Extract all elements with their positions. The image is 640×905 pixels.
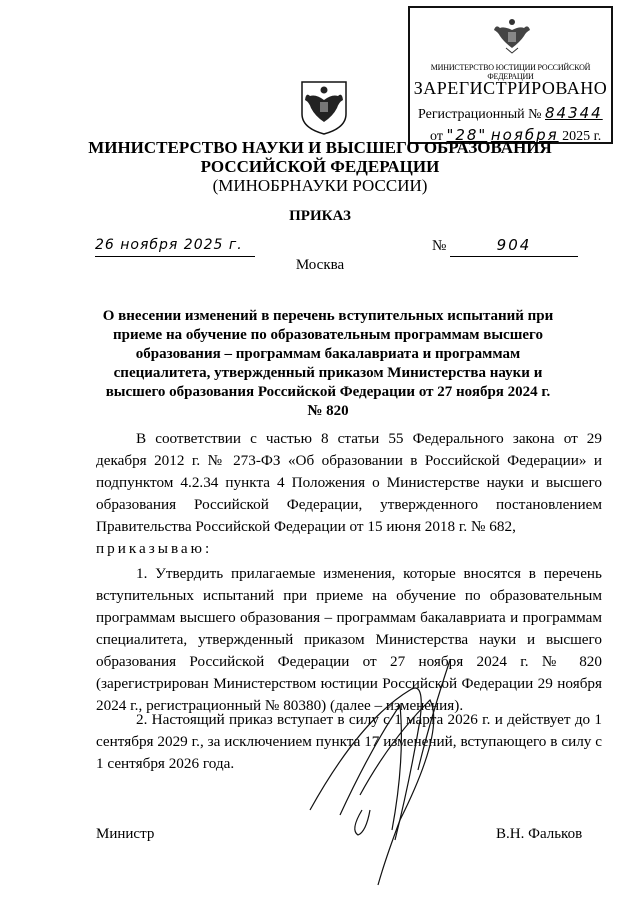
preamble-text: В соответствии с частью 8 статьи 55 Феде… [96, 428, 602, 538]
registration-stamp: МИНИСТЕРСТВО ЮСТИЦИИ РОССИЙСКОЙ ФЕДЕРАЦИ… [408, 6, 613, 144]
signatory-name: В.Н. Фальков [496, 826, 582, 843]
order-title: ПРИКАЗ [0, 208, 640, 225]
preamble-paragraph: В соответствии с частью 8 статьи 55 Феде… [96, 428, 602, 560]
handwritten-signature-icon [300, 660, 500, 890]
double-headed-eagle-icon [492, 16, 532, 54]
signatory-title: Министр [96, 826, 154, 843]
order-number-label: № [432, 238, 446, 255]
order-date-field: 26 ноября 2025 г. [95, 236, 255, 257]
order-word: приказываю: [96, 538, 602, 560]
stamp-reg-number: 84344 [545, 104, 603, 122]
order-number-field: 904 [450, 236, 578, 257]
order-date: 26 ноября 2025 г. [95, 237, 243, 253]
stamp-status: ЗАРЕГИСТРИРОВАНО [410, 78, 611, 99]
stamp-reg-label: Регистрационный № [418, 107, 542, 122]
ministry-name: МИНИСТЕРСТВО НАУКИ И ВЫСШЕГО ОБРАЗОВАНИЯ [0, 138, 640, 158]
order-number: 904 [497, 236, 532, 254]
order-subject: О внесении изменений в перечень вступите… [98, 307, 558, 421]
ministry-short-name: (МИНОБРНАУКИ РОССИИ) [0, 176, 640, 196]
order-city: Москва [0, 257, 640, 274]
ministry-country: РОССИЙСКОЙ ФЕДЕРАЦИИ [0, 157, 640, 177]
stamp-reg-line: Регистрационный № 84344 [418, 104, 603, 123]
coat-of-arms-icon [300, 80, 348, 136]
